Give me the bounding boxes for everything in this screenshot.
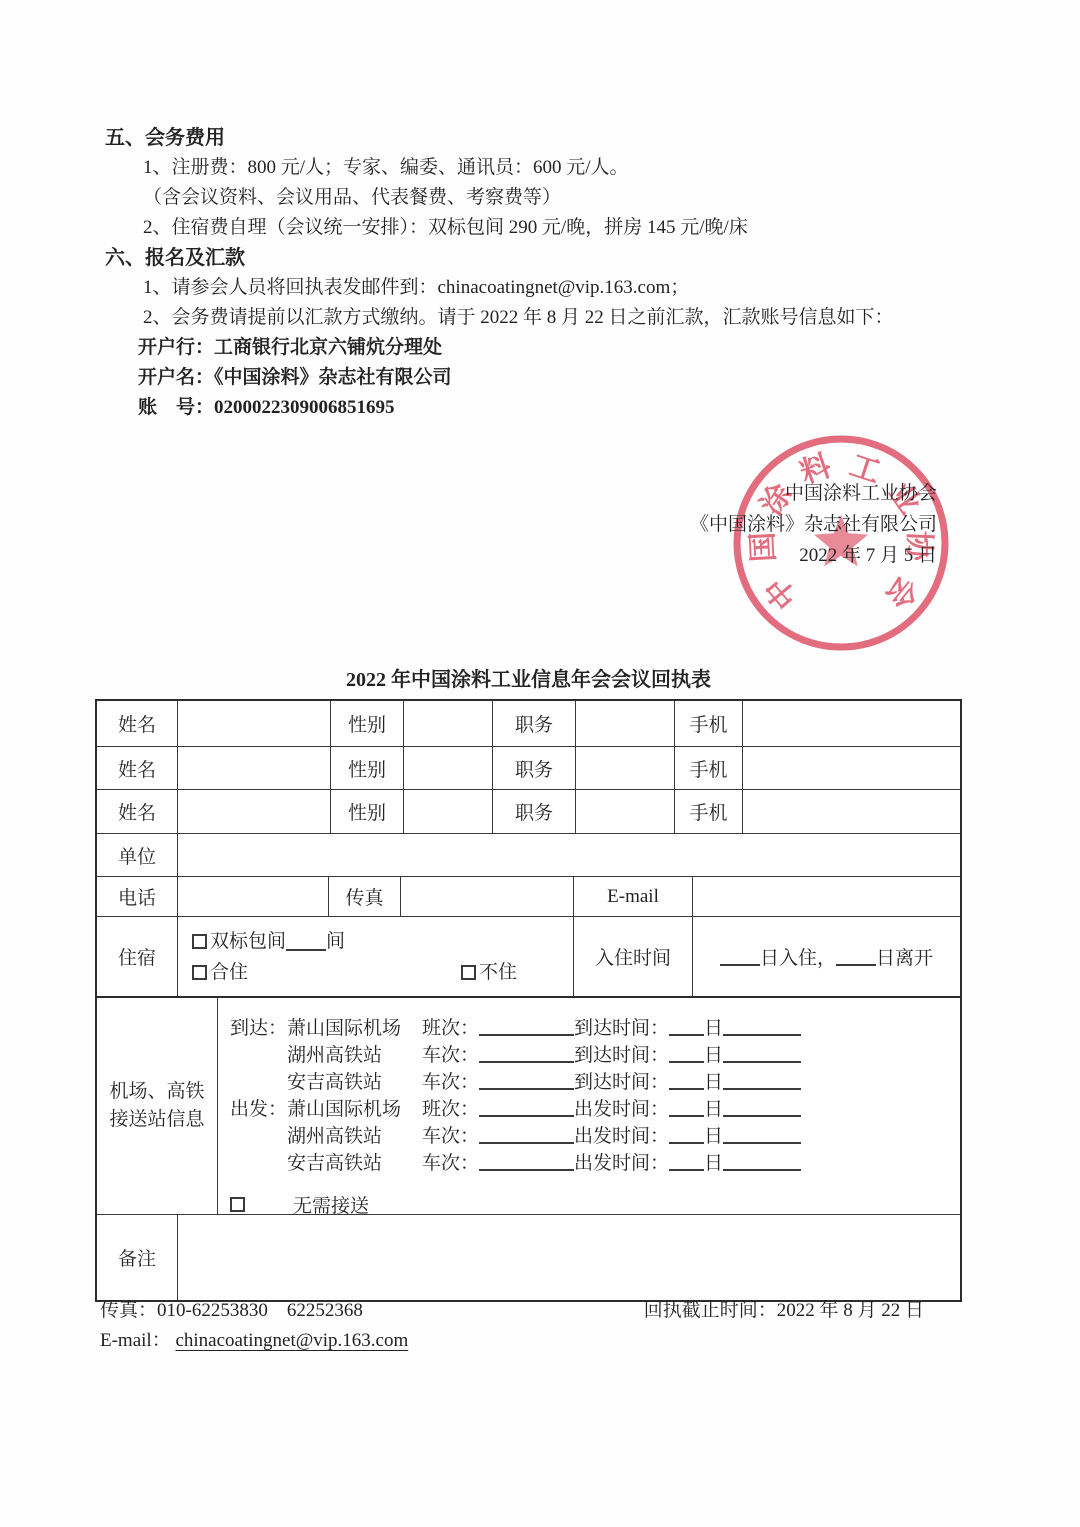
name-field[interactable] xyxy=(177,790,330,833)
phone-label: 电话 xyxy=(97,877,177,916)
signature-date: 2022 年 7 月 5 日 xyxy=(690,540,937,571)
transport-line: 出发： 萧山国际机场 班次： 出发时间： 日 xyxy=(230,1094,801,1121)
footer-deadline: 回执截止时间：2022 年 8 月 22 日 xyxy=(644,1296,924,1326)
signup-item-2: 2、会务费请提前以汇款方式缴纳。请于 2022 年 8 月 22 日之前汇款，汇… xyxy=(105,303,985,333)
name-field[interactable] xyxy=(177,701,330,746)
checkout-text: 日离开 xyxy=(876,943,933,970)
position-field[interactable] xyxy=(575,790,674,833)
mobile-label: 手机 xyxy=(674,790,742,833)
checkbox-no-stay-icon[interactable] xyxy=(461,965,476,980)
bank-holder-line: 开户名：《中国涂料》杂志社有限公司 xyxy=(105,363,985,393)
time-blank[interactable] xyxy=(723,1152,801,1171)
time-blank[interactable] xyxy=(723,1071,801,1090)
no-pickup-label: 无需接送 xyxy=(293,1191,369,1214)
lodging-option-double: 双标包间 间 xyxy=(192,926,345,957)
transport-row: 机场、高铁 接送站信息 到达： 萧山国际机场 班次： 到达时间： 日 湖州高铁站 xyxy=(97,996,960,1214)
transport-details: 到达： 萧山国际机场 班次： 到达时间： 日 湖州高铁站 车次： 到达时间： xyxy=(217,998,960,1214)
position-field[interactable] xyxy=(575,701,674,746)
remarks-field[interactable] xyxy=(177,1215,960,1300)
mobile-field[interactable] xyxy=(742,747,960,789)
position-field[interactable] xyxy=(575,747,674,789)
train-no-blank[interactable] xyxy=(479,1071,574,1090)
reply-form-table: 姓名 性别 职务 手机 姓名 性别 职务 手机 姓名 性别 职务 xyxy=(95,699,962,1302)
lodging-row: 住宿 双标包间 间 合住 不住 入住时间 日入住， xyxy=(97,916,960,996)
day-blank[interactable] xyxy=(669,1017,704,1036)
fees-item-1: 1、注册费：800 元/人；专家、编委、通讯员：600 元/人。 xyxy=(105,153,985,183)
gender-field[interactable] xyxy=(403,701,492,746)
day-blank[interactable] xyxy=(669,1125,704,1144)
checkbox-double-room-icon[interactable] xyxy=(192,934,207,949)
position-label: 职务 xyxy=(492,790,575,833)
name-label: 姓名 xyxy=(97,701,177,746)
svg-text:中: 中 xyxy=(759,571,804,615)
attendee-row: 姓名 性别 职务 手机 xyxy=(97,701,960,746)
fees-item-2: 2、住宿费自理（会议统一安排）：双标包间 290 元/晚，拼房 145 元/晚/… xyxy=(105,213,985,243)
lodging-label: 住宿 xyxy=(97,917,177,996)
contact-row: 电话 传真 E-mail xyxy=(97,876,960,916)
fax-label: 传真 xyxy=(328,877,400,916)
day-blank[interactable] xyxy=(669,1071,704,1090)
name-label: 姓名 xyxy=(97,790,177,833)
signature-block: 中国涂料工业协会 《中国涂料》杂志社有限公司 2022 年 7 月 5 日 xyxy=(690,478,937,571)
unit-field[interactable] xyxy=(177,834,960,876)
signature-org1: 中国涂料工业协会 xyxy=(690,478,937,509)
name-label: 姓名 xyxy=(97,747,177,789)
day-blank[interactable] xyxy=(669,1152,704,1171)
mobile-label: 手机 xyxy=(674,701,742,746)
position-label: 职务 xyxy=(492,747,575,789)
position-label: 职务 xyxy=(492,701,575,746)
form-title: 2022 年中国涂料工业信息年会会议回执表 xyxy=(95,663,962,692)
bank-branch-line: 开户行：工商银行北京六铺炕分理处 xyxy=(105,333,985,363)
gender-label: 性别 xyxy=(330,701,403,746)
checkin-time-value: 日入住， 日离开 xyxy=(692,917,960,996)
mobile-label: 手机 xyxy=(674,747,742,789)
checkin-day-blank[interactable] xyxy=(720,947,760,966)
remarks-label: 备注 xyxy=(97,1215,177,1300)
fax-field[interactable] xyxy=(400,877,573,916)
notice-text: 五、会务费用 1、注册费：800 元/人；专家、编委、通讯员：600 元/人。 … xyxy=(105,123,985,423)
footer: 传真：010-62253830 62252368 回执截止时间：2022 年 8… xyxy=(100,1296,962,1356)
transport-line: 到达： 萧山国际机场 班次： 到达时间： 日 xyxy=(230,1013,801,1040)
time-blank[interactable] xyxy=(723,1017,801,1036)
checkin-text: 日入住， xyxy=(760,943,836,970)
double-room-label: 双标包间 xyxy=(210,926,286,957)
unit-label: 单位 xyxy=(97,834,177,876)
train-no-blank[interactable] xyxy=(479,1152,574,1171)
document-page: 五、会务费用 1、注册费：800 元/人；专家、编委、通讯员：600 元/人。 … xyxy=(0,0,1080,1527)
email-label: E-mail xyxy=(573,877,692,916)
transport-line: 湖州高铁站 车次： 出发时间： 日 xyxy=(230,1121,801,1148)
mobile-field[interactable] xyxy=(742,701,960,746)
no-stay-label: 不住 xyxy=(479,957,517,988)
time-blank[interactable] xyxy=(723,1044,801,1063)
flight-no-blank[interactable] xyxy=(479,1017,574,1036)
room-count-suffix: 间 xyxy=(326,926,345,957)
time-blank[interactable] xyxy=(723,1098,801,1117)
train-no-blank[interactable] xyxy=(479,1044,574,1063)
no-pickup-option: 无需接送 xyxy=(230,1191,369,1214)
flight-no-blank[interactable] xyxy=(479,1098,574,1117)
section6-heading: 六、报名及汇款 xyxy=(105,243,985,273)
transport-line: 安吉高铁站 车次： 出发时间： 日 xyxy=(230,1148,801,1175)
gender-field[interactable] xyxy=(403,747,492,789)
share-label: 合住 xyxy=(210,957,248,988)
footer-fax: 传真：010-62253830 62252368 xyxy=(100,1296,363,1326)
attendee-row: 姓名 性别 职务 手机 xyxy=(97,746,960,789)
checkout-day-blank[interactable] xyxy=(836,947,876,966)
transport-line: 安吉高铁站 车次： 到达时间： 日 xyxy=(230,1067,801,1094)
room-count-blank[interactable] xyxy=(286,932,326,951)
name-field[interactable] xyxy=(177,747,330,789)
day-blank[interactable] xyxy=(669,1098,704,1117)
mobile-field[interactable] xyxy=(742,790,960,833)
gender-field[interactable] xyxy=(403,790,492,833)
transport-line: 湖州高铁站 车次： 到达时间： 日 xyxy=(230,1040,801,1067)
unit-row: 单位 xyxy=(97,833,960,876)
transport-label-line1: 机场、高铁 xyxy=(109,1078,204,1106)
lodging-option-share-none: 合住 不住 xyxy=(192,957,517,988)
signup-item-1: 1、请参会人员将回执表发邮件到：chinacoatingnet@vip.163.… xyxy=(105,273,985,303)
transport-label: 机场、高铁 接送站信息 xyxy=(97,998,217,1214)
signature-org2: 《中国涂料》杂志社有限公司 xyxy=(690,509,937,540)
day-blank[interactable] xyxy=(669,1044,704,1063)
footer-email-link[interactable]: chinacoatingnet@vip.163.com xyxy=(175,1330,408,1351)
bank-account-line: 账 号：0200022309006851695 xyxy=(105,393,985,423)
time-blank[interactable] xyxy=(723,1125,801,1144)
remarks-row: 备注 xyxy=(97,1214,960,1300)
footer-email-label: E-mail： xyxy=(100,1330,171,1351)
section5-heading: 五、会务费用 xyxy=(105,123,985,153)
transport-label-line2: 接送站信息 xyxy=(109,1106,204,1134)
lodging-options: 双标包间 间 合住 不住 xyxy=(177,917,573,996)
checkbox-share-icon[interactable] xyxy=(192,965,207,980)
footer-line2: E-mail： chinacoatingnet@vip.163.com xyxy=(100,1326,962,1356)
attendee-row: 姓名 性别 职务 手机 xyxy=(97,789,960,833)
footer-line1: 传真：010-62253830 62252368 回执截止时间：2022 年 8… xyxy=(100,1296,962,1326)
checkin-time-label: 入住时间 xyxy=(573,917,692,996)
svg-text:会: 会 xyxy=(879,570,924,614)
gender-label: 性别 xyxy=(330,747,403,789)
fees-item-note: （含会议资料、会议用品、代表餐费、考察费等） xyxy=(105,183,985,213)
phone-field[interactable] xyxy=(177,877,328,916)
checkbox-no-pickup-icon[interactable] xyxy=(230,1197,245,1212)
train-no-blank[interactable] xyxy=(479,1125,574,1144)
gender-label: 性别 xyxy=(330,790,403,833)
email-field[interactable] xyxy=(692,877,960,916)
